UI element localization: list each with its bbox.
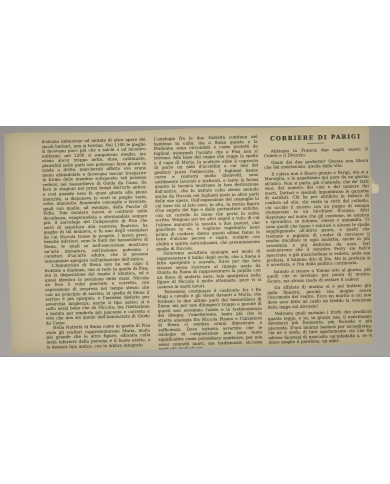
article-paragraph: Il colèra non è finora giunto a Parigi, … [264,170,370,268]
text-column-2: L'analogia fra le due Natività continua … [153,134,262,350]
torn-edge-tab [372,183,379,194]
article-paragraph: d'alcuna imitazione od imitate di altre … [42,137,149,264]
page: d'alcuna imitazione od imitate di altre … [0,0,390,484]
clipping-photo: d'alcuna imitazione od imitate di altre … [0,126,390,357]
article-paragraph: Potremmo continuare il confronto fra i R… [157,287,262,351]
article-paragraph: Abbiamo in Francia due ospiti nuovi: il … [264,146,368,158]
article-paragraph: L'analogia fra le due Natività continua … [153,134,260,251]
clipping-text-area: d'alcuna imitazione od imitate di altre … [3,126,378,354]
text-column-3: CORRIERE DI PARIGI Abbiamo in Francia du… [263,132,372,348]
text-column-1: d'alcuna imitazione od imitate di altre … [42,137,151,353]
article-paragraph: Noteremo un'ultima analogia nel modo di … [156,249,261,290]
article-paragraph: L'Annunciata di Siena non ha sul capo il… [45,261,150,326]
article-paragraph: Vedremo quali saranno i frutti che produ… [268,309,373,345]
column-3-body: Abbiamo in Francia due ospiti nuovi: il … [264,146,373,345]
newspaper-clipping: d'alcuna imitazione od imitate di altre … [3,126,378,354]
article-paragraph: Intanto si muore a Tolone otto al giorno… [267,267,371,284]
article-paragraph: Quale dei due preferite? Questa non libe… [264,158,368,170]
heading-rule [307,142,324,143]
article-paragraph: Nella Natività di Siena come in quella d… [46,323,151,349]
article-paragraph: Un affidato di marino si è poi buttato g… [267,283,372,309]
article-heading: CORRIERE DI PARIGI [264,134,368,141]
